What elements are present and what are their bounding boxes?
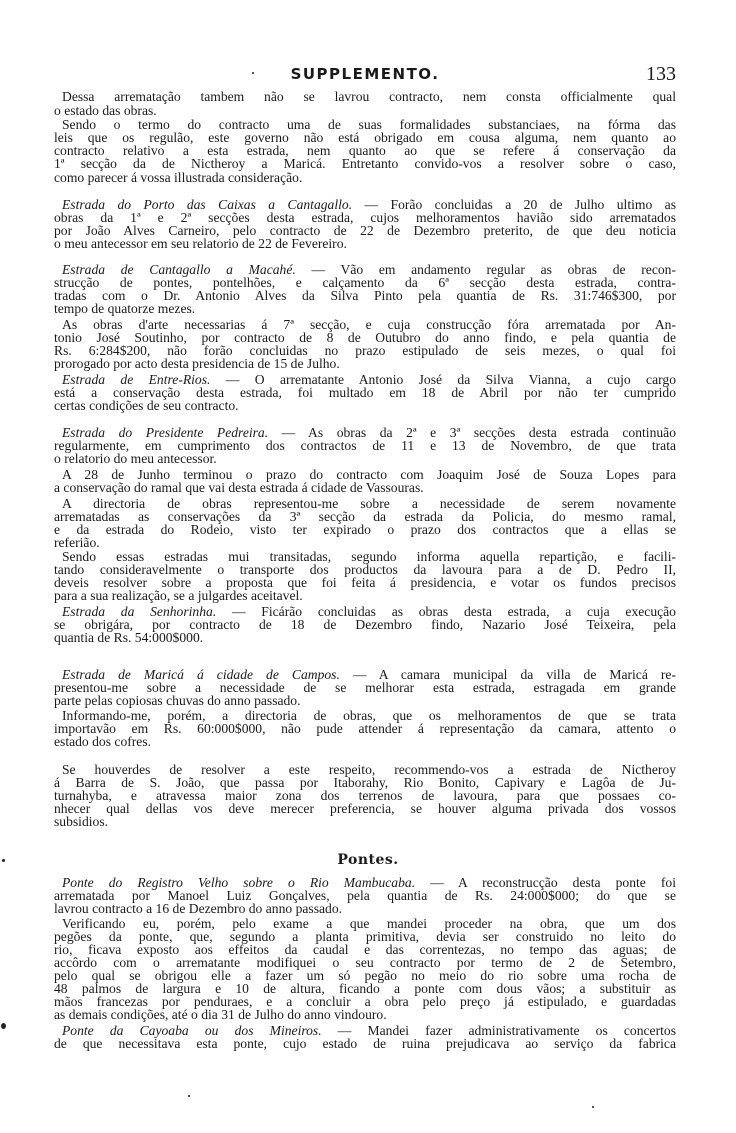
text-line: o estado das obras. — [54, 104, 676, 118]
line-text: estado dos cofres. — [54, 734, 151, 749]
text-line: o relatorio do meu antecessor. — [54, 452, 676, 466]
text-line: para a sua realização, se a julgardes ac… — [54, 589, 676, 603]
text-line: 1ª secção da de Nictheroy a Maricá. Entr… — [54, 157, 676, 171]
text-line: Dessa arrematação tambem não se lavrou c… — [62, 90, 676, 104]
text-line: de que necessitava esta ponte, cujo esta… — [54, 1037, 676, 1051]
text-line: e da estrada do Rodeio, visto ter expira… — [54, 523, 676, 537]
print-speck — [1, 1023, 6, 1029]
line-text: o relatorio do meu antecessor. — [54, 451, 217, 466]
page-header: SUPPLEMENTO. 133 — [54, 64, 676, 84]
line-text: quantia de Rs. 54:000$000. — [54, 630, 203, 645]
line-text: subsidios. — [54, 814, 108, 829]
line-text: as demais condições, até o dia 31 de Jul… — [54, 1007, 387, 1022]
line-text: e da estrada do Rodeio, visto ter expira… — [54, 522, 676, 537]
scanned-page: SUPPLEMENTO. 133 Dessa arrematação tambe… — [0, 0, 736, 1133]
text-line: nhecer qual dellas vos deve merecer pref… — [54, 802, 676, 816]
line-text: nhecer qual dellas vos deve merecer pref… — [54, 801, 676, 816]
print-speck — [592, 1106, 594, 1108]
text-line: a conservação do ramal que vai desta est… — [54, 481, 676, 495]
print-speck — [252, 72, 254, 74]
line-text: parte pelas copiosas chuvas do anno pass… — [54, 693, 301, 708]
line-text: lavrou contracto a 16 de Dezembro do ann… — [54, 901, 342, 916]
line-text: certas condições de seu contracto. — [54, 398, 239, 413]
line-text: de que necessitava esta ponte, cujo esta… — [54, 1036, 676, 1051]
text-line: parte pelas copiosas chuvas do anno pass… — [54, 694, 676, 708]
text-line: certas condições de seu contracto. — [54, 399, 676, 413]
page-number: 133 — [646, 63, 676, 86]
line-text: a conservação do ramal que vai desta est… — [54, 480, 424, 495]
text-line: tempo de quatorze mezes. — [54, 302, 676, 316]
line-text: 1ª secção da de Nictheroy a Maricá. Entr… — [54, 156, 676, 171]
running-title: SUPPLEMENTO. — [54, 65, 676, 83]
section-heading-pontes: Pontes. — [0, 852, 736, 868]
print-speck — [188, 1095, 190, 1097]
line-text: para a sua realização, se a julgardes ac… — [54, 588, 303, 603]
text-line: subsidios. — [54, 815, 676, 829]
text-line: lavrou contracto a 16 de Dezembro do ann… — [54, 902, 676, 916]
text-line: como parecer á vossa illustrada consider… — [54, 171, 676, 185]
text-line: quantia de Rs. 54:000$000. — [54, 631, 676, 645]
text-line: estado dos cofres. — [54, 735, 676, 749]
line-text: como parecer á vossa illustrada consider… — [54, 170, 302, 185]
text-line: referião. — [54, 536, 676, 550]
line-text: o meu antecessor em seu relatorio de 22 … — [54, 236, 347, 251]
line-text: tempo de quatorze mezes. — [54, 301, 195, 316]
line-text: prorogado por acto desta presidencia de … — [54, 356, 340, 371]
line-text: Dessa arrematação tambem não se lavrou c… — [62, 89, 676, 104]
line-text: referião. — [54, 535, 100, 550]
text-line: as demais condições, até o dia 31 de Jul… — [54, 1008, 676, 1022]
print-speck — [2, 859, 5, 862]
line-text: o estado das obras. — [54, 103, 157, 118]
text-line: o meu antecessor em seu relatorio de 22 … — [54, 237, 676, 251]
text-line: prorogado por acto desta presidencia de … — [54, 357, 676, 371]
